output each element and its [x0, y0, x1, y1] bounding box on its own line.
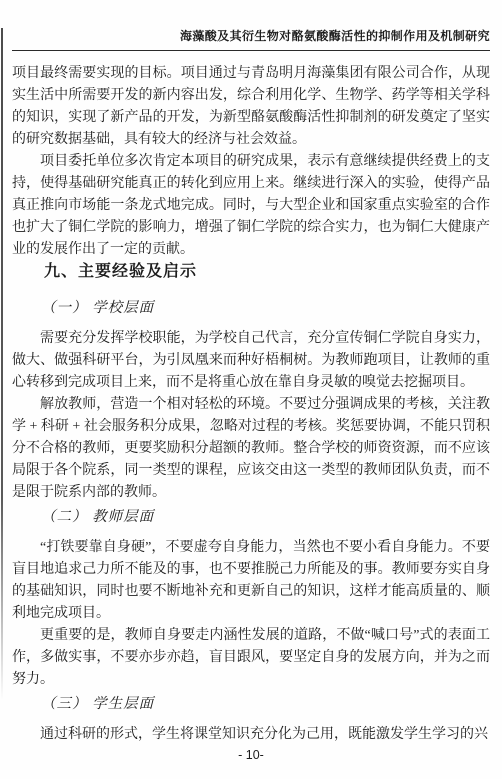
school-paragraph-2: 解放教师，营造一个相对轻松的环境。不要过分强调成果的考核，关注教学 + 科研 +… [12, 394, 490, 504]
school-paragraph-1: 需要充分发挥学校职能，为学校自己代言，充分宣传铜仁学院自身实力，做大、做强科研平… [12, 328, 490, 394]
teacher-paragraph-2: 更重要的是，教师自身要走内涵性发展的道路，不做“喊口号”式的表面工作，多做实事，… [12, 625, 490, 691]
subsection-heading-school: （一） 学校层面 [12, 297, 490, 319]
page-edge-scan-artifact [1, 28, 3, 700]
teacher-paragraph-1: “打铁要靠自身硬”，不要虚夸自身能力，当然也不要小看自身能力。不要盲目地追求己力… [12, 537, 490, 625]
page-number: - 10- [0, 748, 502, 762]
subsection-heading-teacher: （二） 教师层面 [12, 506, 490, 528]
running-header: 海藻酸及其衍生物对酪氨酸酶活性的抑制作用及机制研究 [12, 28, 490, 51]
intro-paragraph-1: 项目最终需要实现的目标。项目通过与青岛明月海藻集团有限公司合作，从现实生活中所需… [12, 63, 490, 151]
document-body: 项目最终需要实现的目标。项目通过与青岛明月海藻集团有限公司合作，从现实生活中所需… [12, 63, 490, 746]
document-page: 海藻酸及其衍生物对酪氨酸酶活性的抑制作用及机制研究 项目最终需要实现的目标。项目… [0, 0, 502, 779]
student-paragraph-1: 通过科研的形式，学生将课堂知识充分化为己用，既能激发学生学习的兴 [12, 724, 490, 746]
subsection-heading-student: （三） 学生层面 [12, 693, 490, 715]
intro-paragraph-2: 项目委托单位多次肯定本项目的研究成果，表示有意继续提供经费上的支持，使得基础研究… [12, 151, 490, 261]
section-heading: 九、主要经验及启示 [12, 261, 490, 283]
